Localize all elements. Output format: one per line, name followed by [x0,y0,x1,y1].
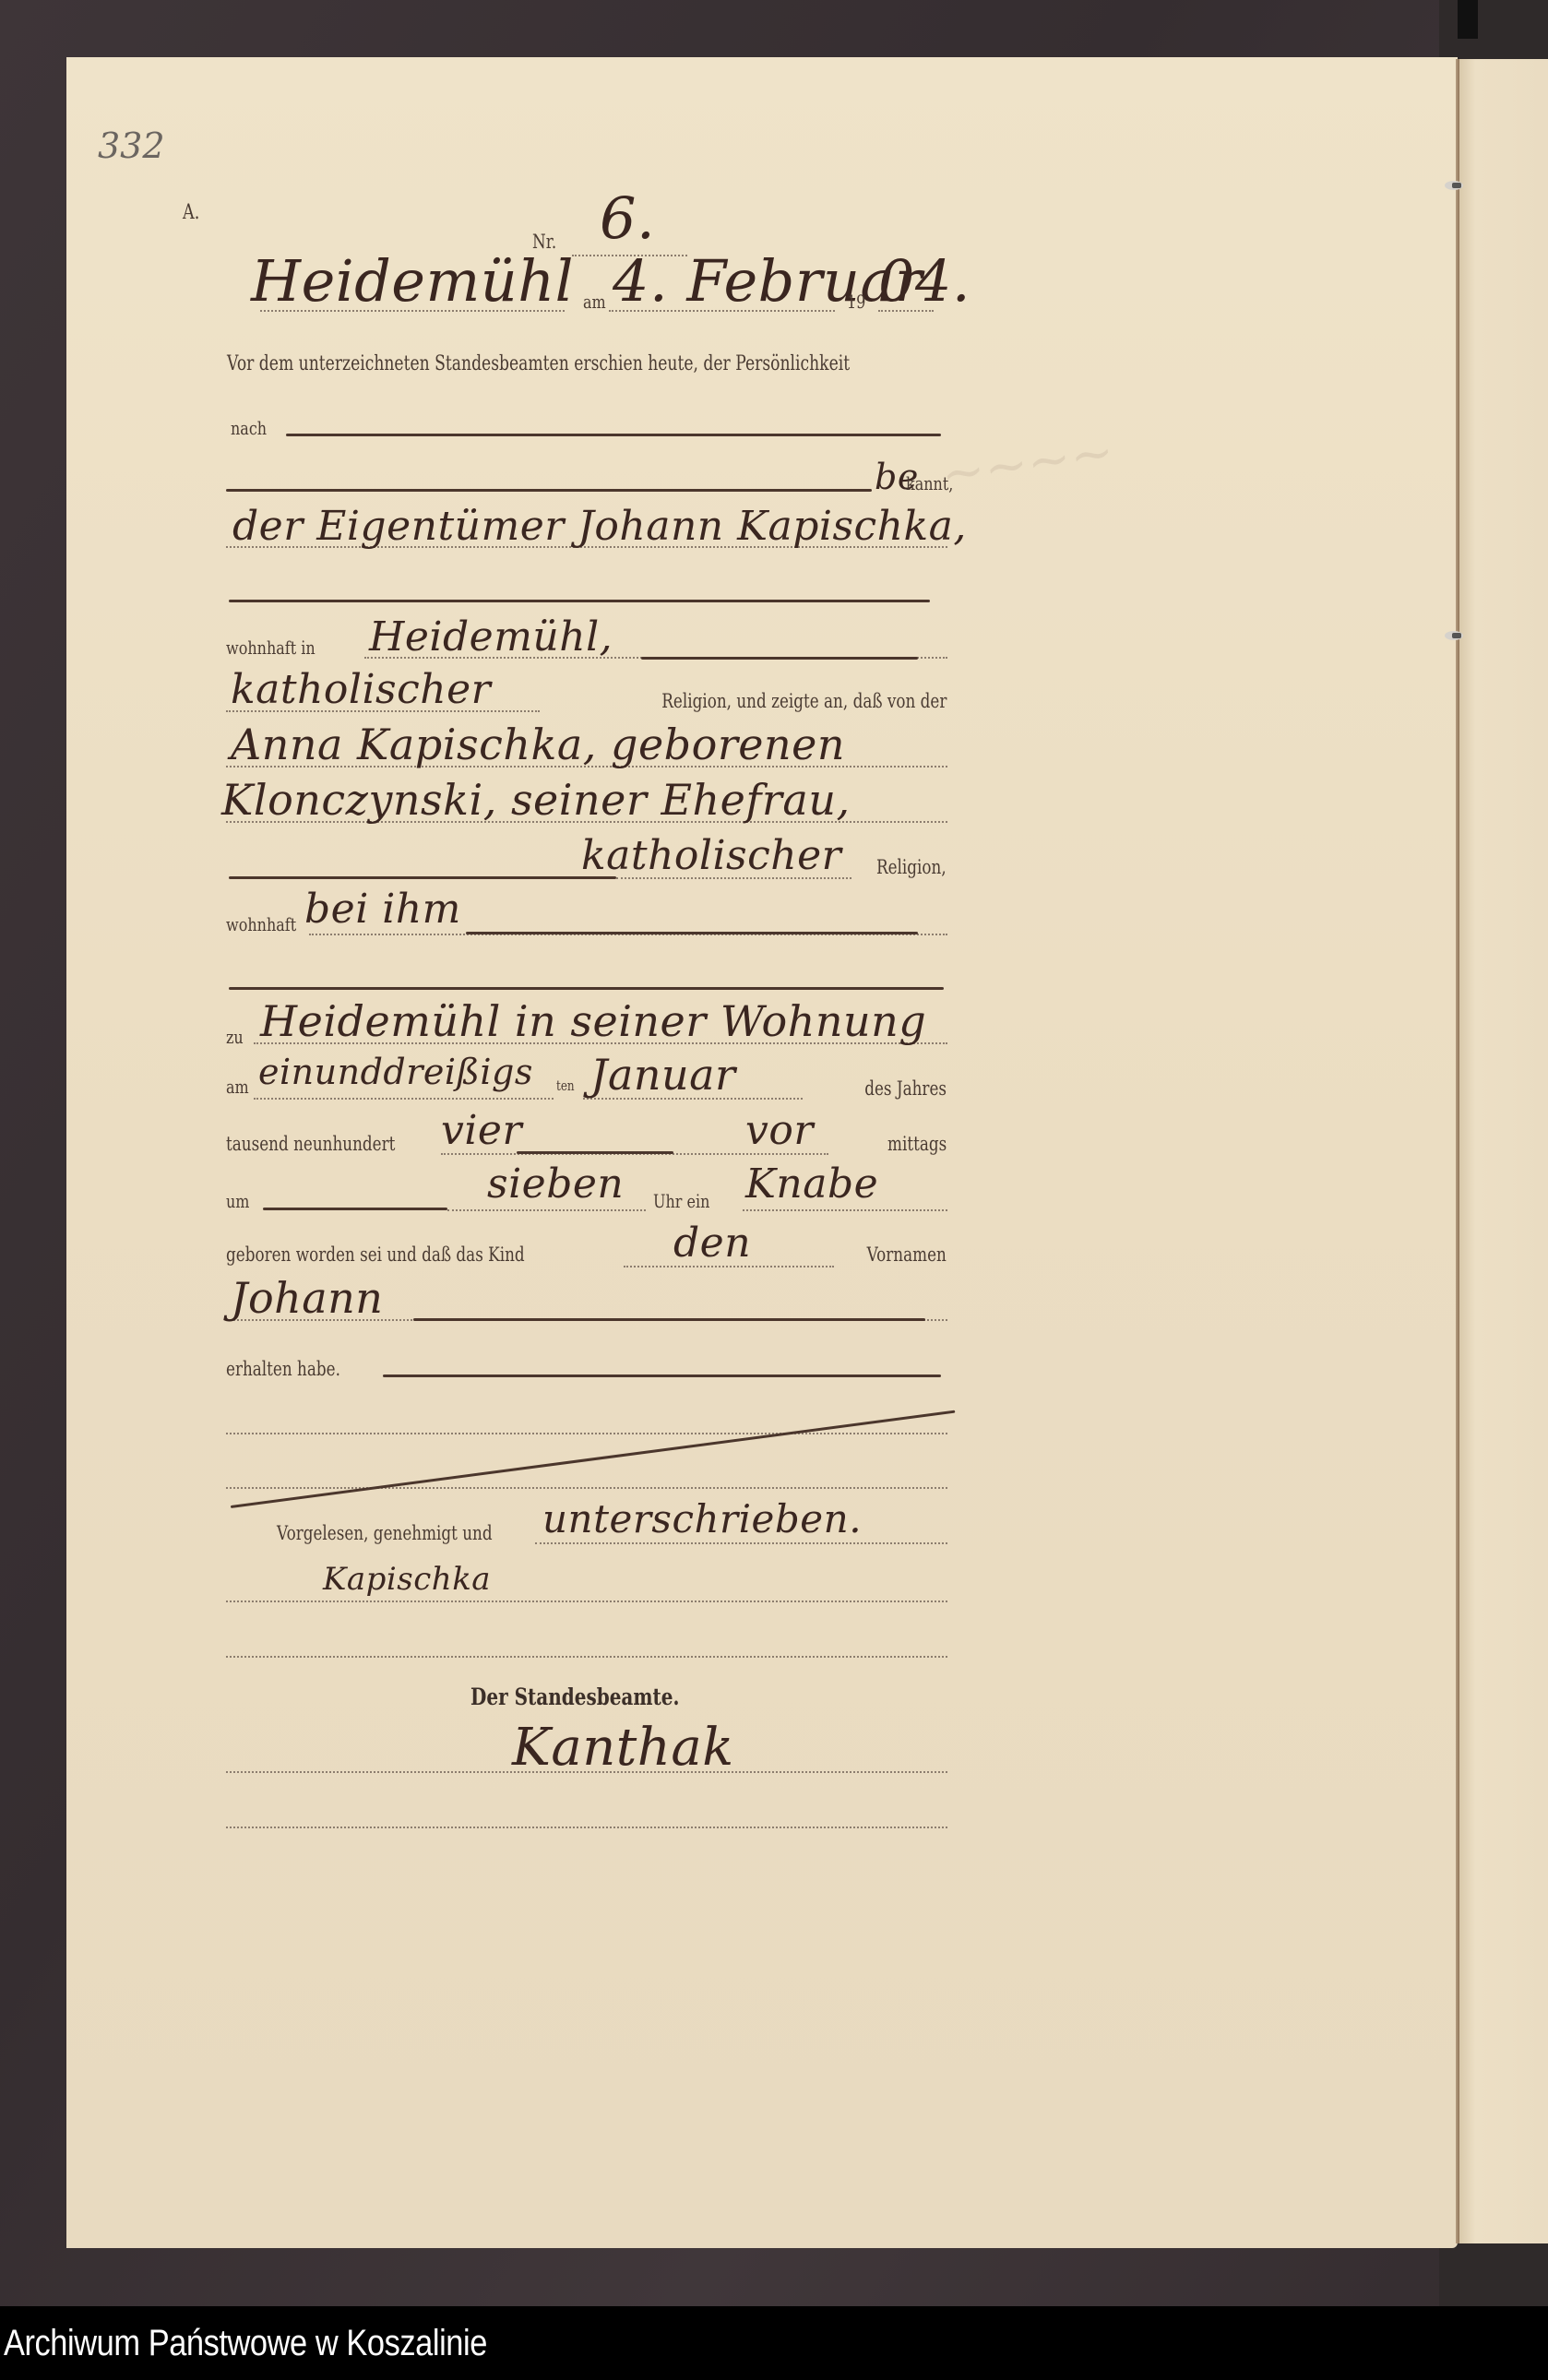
binding-gap [1458,0,1478,39]
blank-strike-line-2 [229,987,944,990]
facing-page-edge [1459,59,1548,2243]
mother-hand-1: Anna Kapischka, geborenen [231,720,845,769]
record-number: 6. [600,184,655,252]
signature-line-2 [226,1656,947,1658]
sex-field-line [743,1209,947,1211]
uhr-ein-label: Uhr ein [653,1190,709,1212]
am-label: am [226,1076,249,1098]
official-signature-line [226,1771,947,1773]
date-prefix: am [583,291,606,313]
residence-strike-line [641,657,918,660]
informant-hand: der Eigentümer Johann Kapischka, [232,503,967,550]
archive-banner: Archiwum Państwowe w Koszalinie [0,2306,1548,2380]
erhalten-label: erhalten habe. [226,1358,340,1380]
wohnhaft-in-label: wohnhaft in [226,637,316,659]
informant-signature: Kapischka [323,1561,491,1598]
blank-dotted-line-2 [226,1487,947,1489]
geboren-label: geboren worden sei und daß das Kind [226,1244,525,1266]
date-hand: 4. Februar [613,247,923,315]
staple-icon [1445,181,1463,190]
nach-strike-line [286,434,941,436]
year-hand: 04. [878,247,970,315]
staple-icon [1445,631,1463,640]
day-hand: einunddreißigs [258,1052,533,1092]
archive-name: Archiwum Państwowe w Koszalinie [4,2323,487,2364]
den-hand: den [673,1220,751,1267]
vor-hand: vor [745,1107,814,1154]
erhalten-strike-line [383,1374,941,1377]
mother-hand-2: Klonczynski, seiner Ehefrau, [221,775,851,825]
section-letter: A. [183,201,199,224]
folio-number: 332 [98,125,165,166]
binding-spine [1456,59,1459,2243]
year-strike-line [517,1151,673,1154]
hour-strike-line [263,1208,447,1210]
residence-hand: Heidemühl, [369,613,613,660]
zu-label: zu [226,1026,244,1048]
wohnhaft-strike-line [466,932,918,934]
blank-strike-line [229,600,930,602]
vorgelesen-label: Vorgelesen, genehmigt und [277,1522,493,1544]
sex-hand: Knabe [745,1160,878,1208]
child-name-hand: Johann [231,1273,383,1323]
kannt-strike-line [226,489,872,492]
wohnhaft-label: wohnhaft [226,913,296,935]
blank-dotted-line-1 [226,1433,947,1434]
year-words-hand: vier [441,1107,522,1154]
intro-text: Vor dem unterzeichneten Standesbeamten e… [227,352,850,375]
day-field-line [254,1098,554,1100]
wohnhaft-hand: bei ihm [304,886,461,933]
religion2-strike-line [229,876,616,879]
ten-label: ten [556,1077,575,1094]
religion1-hand: katholischer [231,666,491,713]
unterschrieben-hand: unterschrieben. [542,1496,862,1541]
bottom-dotted-line [226,1827,947,1828]
kannt-label: kannt, [906,472,953,494]
religion1-label: Religion, und zeigte an, daß von der [661,690,947,712]
des-jahres-label: des Jahres [864,1077,947,1100]
year-prefix: 19 [847,291,865,313]
hour-field-line [447,1209,646,1211]
place-hand: Heidemühl [251,247,574,315]
month-hand: Januar [590,1050,736,1100]
religion2-label: Religion, [876,856,947,878]
tausend-label: tausend neunhundert [226,1133,395,1155]
official-signature: Kanthak [512,1718,734,1778]
um-label: um [226,1190,249,1212]
mittags-label: mittags [887,1133,947,1155]
official-label: Der Standesbeamte. [470,1684,679,1710]
hour-hand: sieben [487,1160,624,1208]
birthplace-hand: Heidemühl in seiner Wohnung [260,996,926,1046]
nach-label: nach [231,417,267,439]
signature-line-1 [226,1601,947,1602]
vornamen-label: Vornamen [867,1244,947,1266]
vorgelesen-field-line [535,1542,947,1544]
child-name-strike-line [413,1318,925,1321]
religion2-hand: katholischer [581,832,841,879]
